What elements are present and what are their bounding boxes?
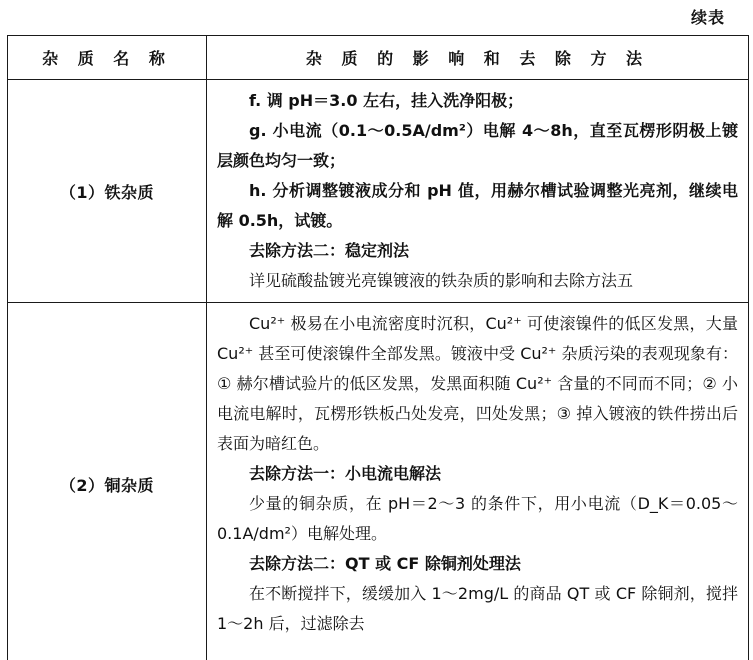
- step-f: f. 调 pH＝3.0 左右，挂入洗净阳极；: [217, 86, 738, 116]
- method-text: 少量的铜杂质，在 pH＝2～3 的条件下，用小电流（D_K＝0.05～0.1A/…: [217, 489, 738, 549]
- table-row: （2）铜杂质 Cu²⁺ 极易在小电流密度时沉积，Cu²⁺ 可使滚镍件的低区发黑，…: [8, 303, 749, 660]
- header-impurity-name: 杂 质 名 称: [8, 36, 207, 80]
- method-text: 详见硫酸盐镀光亮镍镀液的铁杂质的影响和去除方法五: [217, 266, 738, 296]
- method-heading: 去除方法二：QT 或 CF 除铜剂处理法: [217, 549, 738, 579]
- step-h: h. 分析调整镀液成分和 pH 值，用赫尔槽试验调整光亮剂，继续电解 0.5h，…: [217, 176, 738, 236]
- method-heading: 去除方法一：小电流电解法: [217, 459, 738, 489]
- table-continued-caption: 续表: [691, 5, 725, 28]
- step-g: g. 小电流（0.1～0.5A/dm²）电解 4～8h，直至瓦楞形阴极上镀层颜色…: [217, 116, 738, 176]
- symptom-text: Cu²⁺ 极易在小电流密度时沉积，Cu²⁺ 可使滚镍件的低区发黑，大量 Cu²⁺…: [217, 309, 738, 459]
- method-text: 在不断搅拌下，缓缓加入 1～2mg/L 的商品 QT 或 CF 除铜剂，搅拌 1…: [217, 579, 738, 639]
- header-row: 杂 质 名 称 杂 质 的 影 响 和 去 除 方 法: [8, 36, 749, 80]
- impurity-name-copper: （2）铜杂质: [8, 303, 207, 660]
- impurity-table: 杂 质 名 称 杂 质 的 影 响 和 去 除 方 法 （1）铁杂质 f. 调 …: [7, 35, 749, 660]
- impurity-description-iron: f. 调 pH＝3.0 左右，挂入洗净阳极； g. 小电流（0.1～0.5A/d…: [207, 80, 749, 303]
- table-row: （1）铁杂质 f. 调 pH＝3.0 左右，挂入洗净阳极； g. 小电流（0.1…: [8, 80, 749, 303]
- method-heading: 去除方法二：稳定剂法: [217, 236, 738, 266]
- header-impact-and-removal: 杂 质 的 影 响 和 去 除 方 法: [207, 36, 749, 80]
- impurity-description-copper: Cu²⁺ 极易在小电流密度时沉积，Cu²⁺ 可使滚镍件的低区发黑，大量 Cu²⁺…: [207, 303, 749, 660]
- impurity-name-iron: （1）铁杂质: [8, 80, 207, 303]
